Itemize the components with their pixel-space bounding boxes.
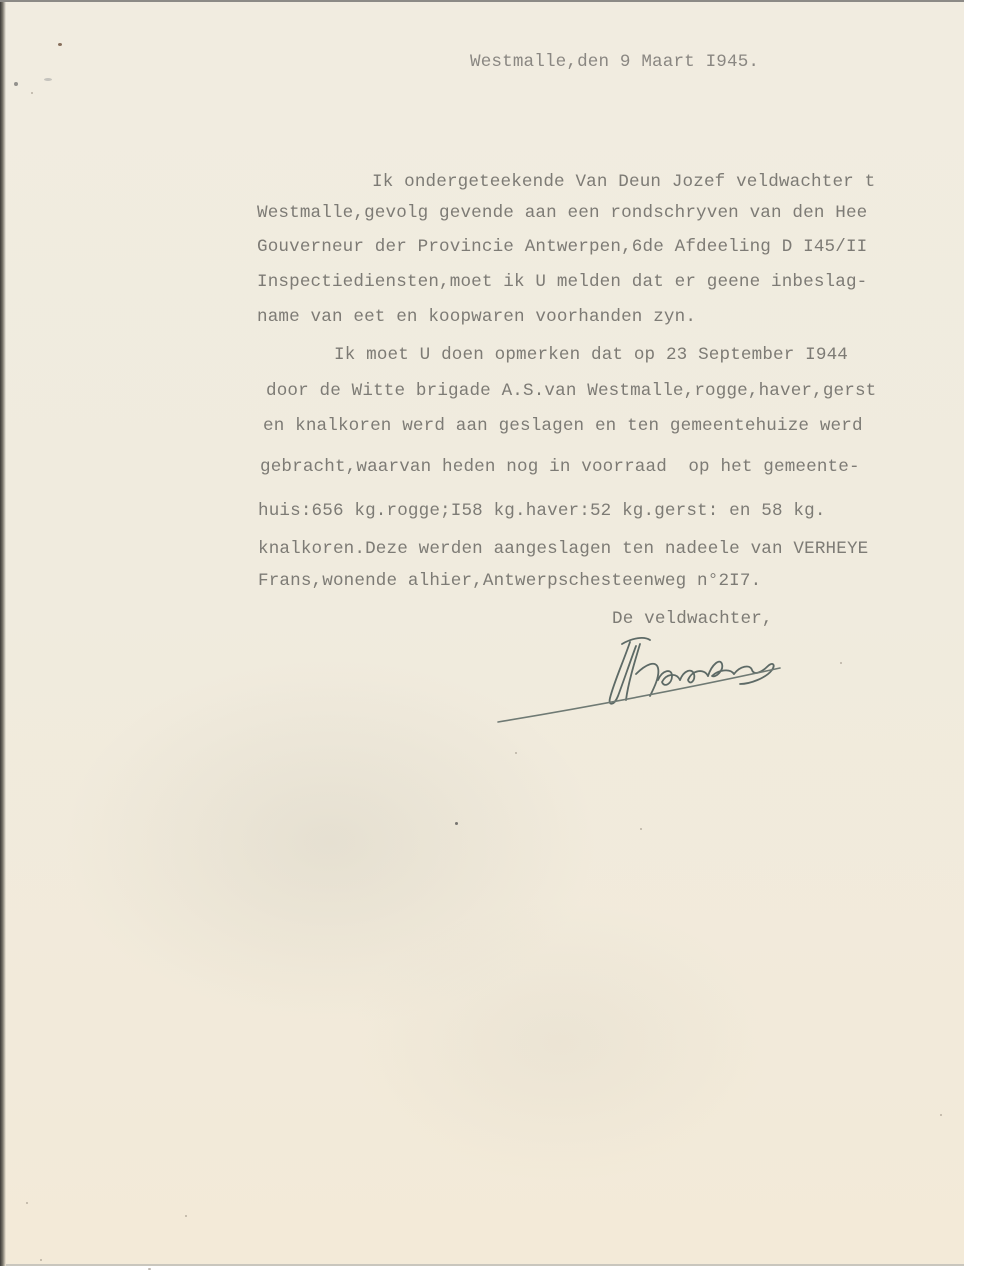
paper-speck — [40, 1259, 42, 1261]
paper-speck — [26, 1202, 28, 1204]
paragraph-1-line: name van eet en koopwaren voorhanden zyn… — [257, 309, 696, 327]
paper-speck — [44, 78, 52, 81]
paper-speck — [455, 822, 458, 825]
paper-speck — [58, 43, 62, 46]
scanned-page: Westmalle,den 9 Maart I945. Ik ondergete… — [0, 0, 984, 1280]
paper-speck — [840, 662, 842, 664]
paper-speck — [148, 1268, 151, 1270]
paragraph-1-line: Ik ondergeteekende Van Deun Jozef veldwa… — [372, 174, 875, 192]
paragraph-1-line: Gouverneur der Provincie Antwerpen,6de A… — [257, 239, 867, 257]
paragraph-1-line: Inspectiediensten,moet ik U melden dat e… — [257, 274, 867, 292]
closing-title: De veldwachter, — [612, 611, 773, 629]
paper-speck — [940, 1114, 942, 1116]
paragraph-2-line: huis:656 kg.rogge;I58 kg.haver:52 kg.ger… — [258, 503, 826, 521]
paragraph-2-line: knalkoren.Deze werden aangeslagen ten na… — [258, 541, 868, 559]
letter-paper: Westmalle,den 9 Maart I945. Ik ondergete… — [0, 0, 964, 1266]
letter-dateline: Westmalle,den 9 Maart I945. — [470, 54, 759, 72]
paragraph-2-line: gebracht,waarvan heden nog in voorraad o… — [260, 459, 860, 477]
paragraph-2-line: Ik moet U doen opmerken dat op 23 Septem… — [334, 347, 848, 365]
paper-speck — [640, 828, 642, 830]
paper-speck — [14, 82, 18, 86]
paragraph-1-line: Westmalle,gevolg gevende aan een rondsch… — [257, 205, 867, 223]
paper-speck — [31, 92, 33, 94]
signature-underline-stroke — [480, 652, 790, 732]
paragraph-2-line: door de Witte brigade A.S.van Westmalle,… — [266, 383, 876, 401]
paragraph-2-line: Frans,wonende alhier,Antwerpschesteenweg… — [258, 573, 761, 591]
paper-speck — [515, 752, 517, 754]
paragraph-2-line: en knalkoren werd aan geslagen en ten ge… — [263, 418, 863, 436]
paper-speck — [185, 1215, 187, 1217]
